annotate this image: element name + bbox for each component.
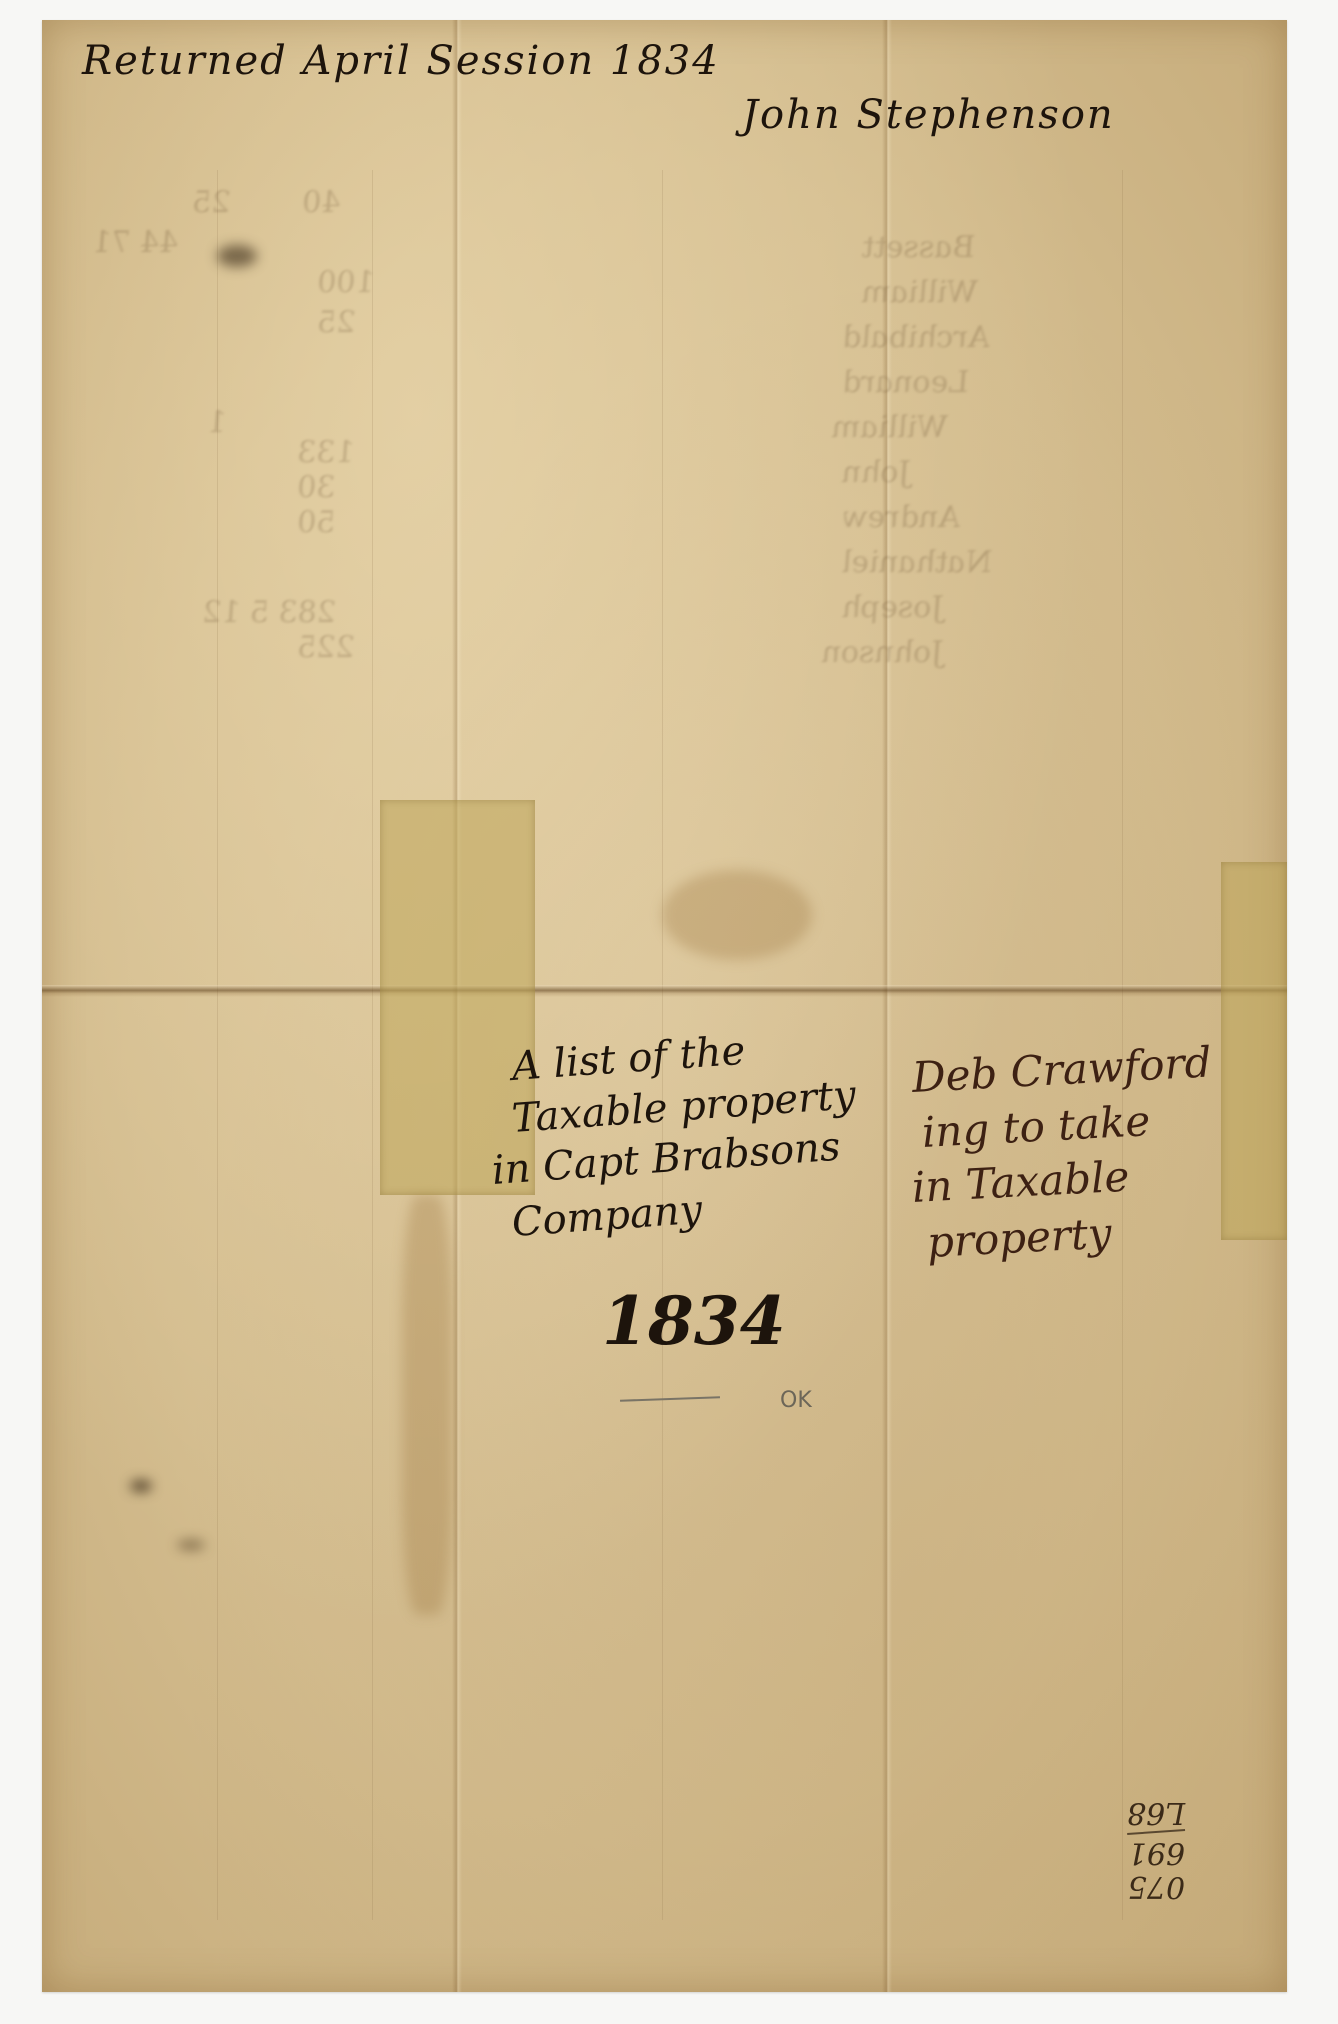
bleed-text: Archibald	[837, 320, 994, 355]
bleed-text: William	[827, 410, 951, 445]
bleed-text: Leonard	[837, 365, 973, 400]
ink-blot	[130, 1480, 152, 1492]
bleed-text: Andrew	[837, 500, 964, 535]
bleed-text: 1	[202, 405, 230, 440]
bleed-text: 133	[292, 435, 359, 470]
side-note-line: property	[926, 1205, 1113, 1271]
docket-year: 1834	[602, 1282, 786, 1360]
tally-line: 075	[1127, 1869, 1185, 1903]
side-note-line: Deb Crawford	[911, 1034, 1213, 1106]
bleed-text: 50	[292, 505, 340, 540]
bleed-text: William	[857, 275, 981, 310]
bleed-text: 225	[292, 630, 359, 665]
tally-line: 691	[1127, 1835, 1185, 1869]
bleed-text: 100	[312, 265, 379, 300]
bleed-text: 283 5 12	[197, 595, 340, 630]
tape-repair-left	[380, 800, 535, 1195]
signature: John Stephenson	[742, 92, 1115, 138]
tape-repair-right	[1221, 862, 1287, 1240]
document-paper: 25 40 44 71 100 25 1 133 30 50 283 5 12 …	[42, 20, 1287, 1992]
bleed-text: 40	[297, 185, 345, 220]
ink-blot	[217, 245, 257, 267]
bleed-text: John	[837, 455, 915, 490]
vertical-fold-right	[882, 20, 892, 1992]
pencil-ok-mark: OK	[780, 1388, 812, 1413]
upside-down-tally: 075 691 L68	[1127, 1795, 1185, 1903]
bleed-text: 25	[187, 185, 235, 220]
bleed-text: 25	[312, 305, 360, 340]
ink-blot	[177, 1540, 205, 1550]
water-stain	[662, 870, 812, 960]
bleed-text: Nathaniel	[837, 545, 996, 580]
bleed-text: Bassett	[857, 230, 979, 265]
bleed-text: 44 71	[87, 225, 182, 260]
horizontal-fold	[42, 985, 1287, 997]
returned-session-line: Returned April Session 1834	[82, 38, 720, 84]
ruling-line	[372, 170, 373, 1920]
bleed-text: Johnson	[817, 635, 948, 670]
water-stain	[402, 1195, 452, 1615]
bleed-text: Joseph	[837, 590, 948, 625]
tally-line: L68	[1127, 1795, 1185, 1829]
bleed-text: 30	[292, 470, 340, 505]
pencil-stroke	[620, 1396, 720, 1401]
